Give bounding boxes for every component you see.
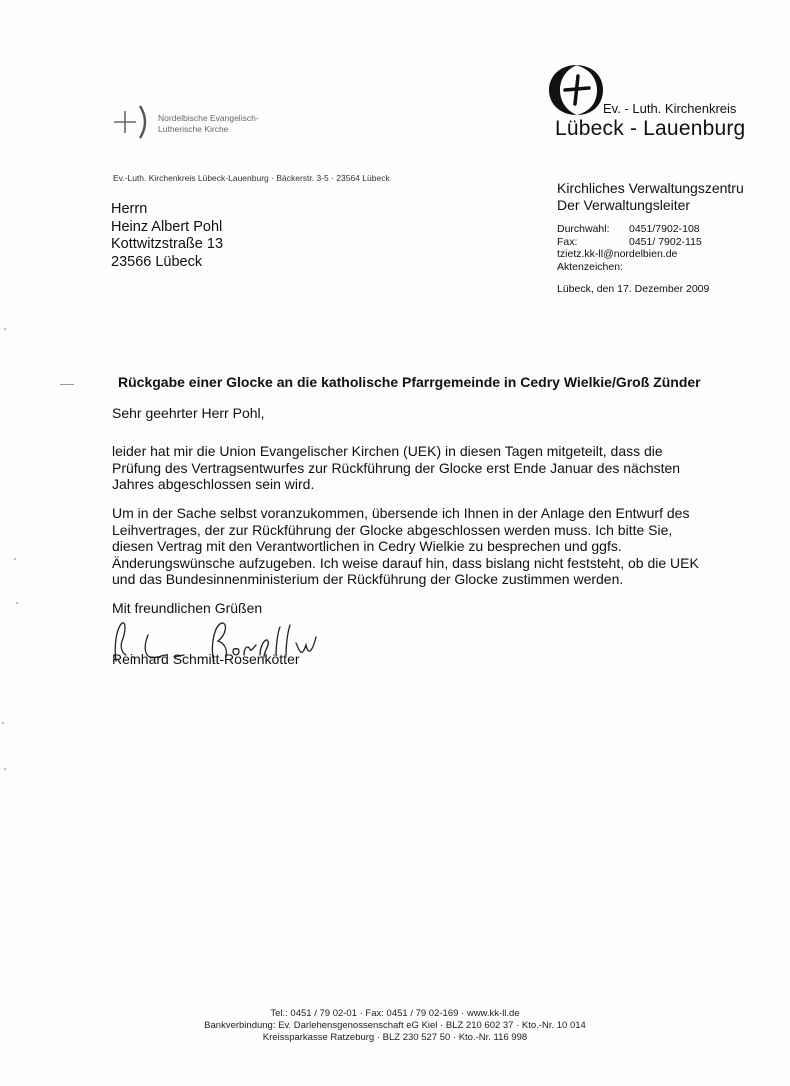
reference-label: Aktenzeichen: [557,261,702,274]
scan-speck [14,558,16,560]
address-line: Kottwitzstraße 13 [111,236,223,254]
department-role: Der Verwaltungsleiter [557,197,744,214]
paragraph-line: Leihvertrages, der zur Rückführung der G… [112,522,712,539]
scan-speck [16,602,18,604]
paragraph-2: Um in der Sache selbst voranzukommen, üb… [112,505,712,588]
scan-speck [4,768,6,770]
letter-footer: Tel.: 0451 / 79 02-01 · Fax: 0451 / 79 0… [0,1008,790,1044]
letter-closing: Mit freundlichen Grüßen [112,600,262,616]
nek-line-1: Nordelbische Evangelisch- [158,113,259,124]
paragraph-line: leider hat mir die Union Evangelischer K… [112,443,712,460]
paragraph-line: diesen Vertrag mit den Verantwortlichen … [112,538,712,555]
scan-speck [2,722,4,724]
address-line: 23566 Lübeck [111,254,223,272]
cross-bracket-logo-icon [110,103,152,141]
scan-speck [4,328,6,330]
contact-row-phone: Durchwahl: 0451/7902-108 [557,223,702,236]
contact-label: Fax: [557,236,629,249]
letter-subject: Rückgabe einer Glocke an die katholische… [118,374,701,390]
contact-email: tzietz.kk-ll@nordelbien.de [557,248,702,261]
department-block: Kirchliches Verwaltungszentru Der Verwal… [557,180,744,214]
contact-label: Durchwahl: [557,223,629,236]
address-line: Herrn [111,201,223,219]
paragraph-line: Änderungswünsche aufzugeben. Ich weise d… [112,555,712,572]
paragraph-1: leider hat mir die Union Evangelischer K… [112,443,712,493]
kk-logo-line1: Ev. - Luth. Kirchenkreis [603,101,736,116]
paragraph-line: Prüfung des Vertragsentwurfes zur Rückfü… [112,460,712,477]
department-name: Kirchliches Verwaltungszentru [557,180,744,197]
paragraph-line: und das Bundesinnenministerium der Rückf… [112,571,712,588]
nek-line-2: Lutherische Kirche [158,124,259,135]
recipient-address: Herrn Heinz Albert Pohl Kottwitzstraße 1… [111,201,223,271]
letter-date: Lübeck, den 17. Dezember 2009 [557,283,709,295]
fold-mark [60,384,74,385]
contact-row-fax: Fax: 0451/ 7902-115 [557,236,702,249]
sender-line: Ev.-Luth. Kirchenkreis Lübeck-Lauenburg … [113,173,390,183]
kk-logo-line2: Lübeck - Lauenburg [555,117,745,141]
nek-logo-text: Nordelbische Evangelisch- Lutherische Ki… [158,113,259,135]
signer-name: Reinhard Schmitt-Rosenkötter [112,651,300,667]
contact-value: 0451/7902-108 [629,223,700,236]
footer-line: Bankverbindung: Ev. Darlehensgenossensch… [0,1020,790,1032]
contact-block: Durchwahl: 0451/7902-108 Fax: 0451/ 7902… [557,223,702,273]
cross-circle-logo-icon [547,62,605,118]
contact-value: 0451/ 7902-115 [629,236,702,249]
address-line: Heinz Albert Pohl [111,219,223,237]
letter-salutation: Sehr geehrter Herr Pohl, [112,405,265,421]
footer-line: Tel.: 0451 / 79 02-01 · Fax: 0451 / 79 0… [0,1008,790,1020]
paragraph-line: Um in der Sache selbst voranzukommen, üb… [112,505,712,522]
paragraph-line: Jahres abgeschlossen sein wird. [112,476,712,493]
footer-line: Kreissparkasse Ratzeburg · BLZ 230 527 5… [0,1032,790,1044]
